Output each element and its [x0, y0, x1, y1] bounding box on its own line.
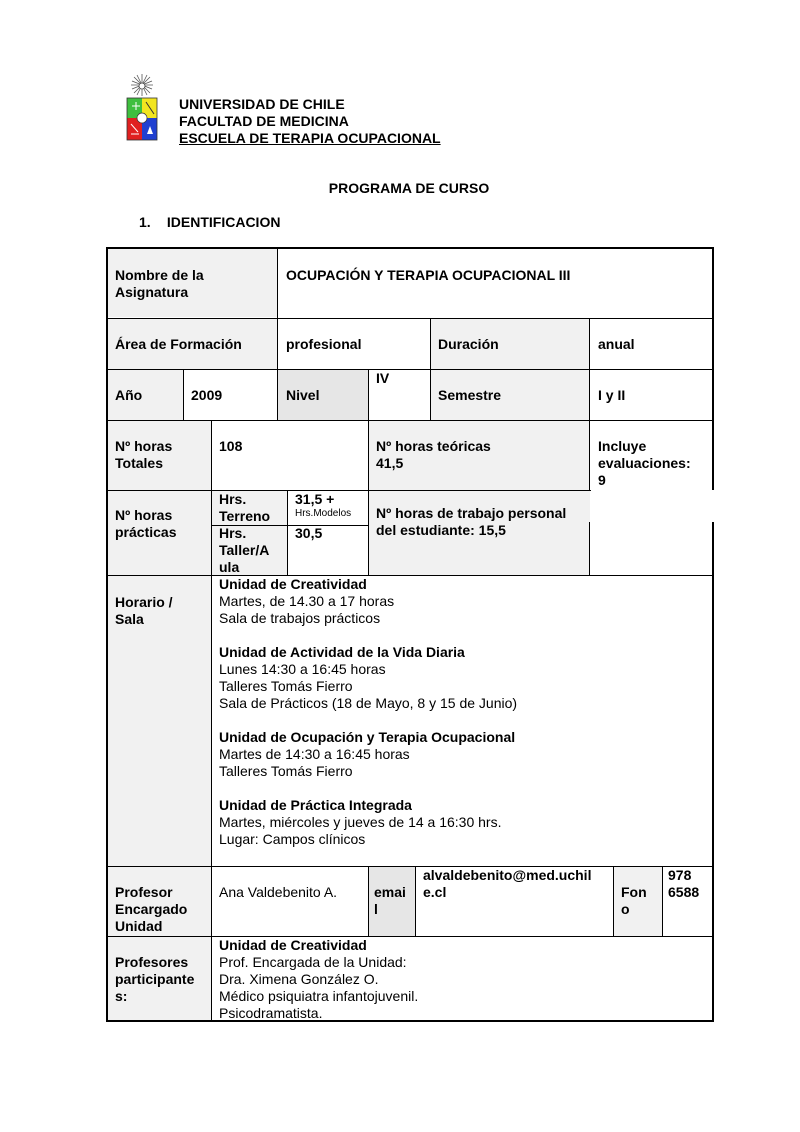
participantes-line: Psicodramatista. — [219, 1005, 704, 1021]
participantes-label: Profesores participante s: — [107, 937, 211, 1021]
participantes-line: Dra. Ximena González O. — [219, 971, 704, 988]
unit-line: Talleres Tomás Fierro — [219, 763, 704, 780]
duracion-label: Duración — [430, 319, 590, 369]
col-divider — [430, 318, 431, 369]
horas-practicas-label: Nº horas prácticas — [107, 491, 211, 575]
horario-unit-creatividad: Unidad de Creatividad Martes, de 14.30 a… — [219, 576, 704, 627]
horario-label: Horario / Sala — [107, 576, 211, 866]
row-divider — [106, 420, 714, 421]
horas-teoricas-label: Nº horas teóricas — [376, 438, 582, 455]
row-divider — [106, 318, 714, 319]
table-border — [712, 247, 714, 490]
terreno-cell: 31,5 + Hrs.Modelos — [287, 491, 368, 525]
unit-line: Lunes 14:30 a 16:45 horas — [219, 661, 704, 678]
university-name: UNIVERSIDAD DE CHILE — [179, 96, 441, 113]
col-divider — [211, 575, 212, 866]
row-divider — [106, 866, 714, 867]
fono-label: Fon o — [613, 867, 662, 936]
col-divider — [589, 522, 590, 575]
section-heading: 1. IDENTIFICACION — [139, 214, 280, 230]
incluye-value: 9 — [598, 472, 704, 489]
row-divider — [106, 936, 714, 937]
nombre-label: Nombre de la Asignatura — [107, 249, 278, 317]
unit-title: Unidad de Actividad de la Vida Diaria — [219, 644, 704, 661]
col-divider — [430, 369, 431, 420]
faculty-name: FACULTAD DE MEDICINA — [179, 113, 441, 130]
semestre-value: I y II — [590, 370, 712, 420]
trabajo-personal: Nº horas de trabajo personal del estudia… — [368, 491, 590, 575]
unit-title: Unidad de Práctica Integrada — [219, 797, 704, 814]
terreno-value: 31,5 + — [295, 491, 360, 508]
col-divider — [183, 369, 184, 420]
horario-content: Unidad de Creatividad Martes, de 14.30 a… — [211, 576, 712, 866]
profesor-value: Ana Valdebenito A. — [211, 867, 368, 936]
col-divider — [277, 318, 278, 369]
incluye-label: Incluye evaluaciones: — [598, 438, 704, 472]
nivel-value: IV — [368, 370, 430, 420]
unit-title: Unidad de Ocupación y Terapia Ocupaciona… — [219, 729, 704, 746]
col-divider — [368, 490, 369, 575]
col-divider — [287, 490, 288, 575]
fono-value: 978 6588 — [662, 867, 712, 936]
unit-line: Lugar: Campos clínicos — [219, 831, 704, 848]
row-divider — [106, 490, 591, 491]
table-border — [106, 247, 714, 249]
table-border — [106, 1020, 714, 1022]
nombre-value: OCUPACIÓN Y TERAPIA OCUPACIONAL III — [278, 249, 712, 317]
horas-totales-value: 108 — [211, 421, 368, 490]
profesor-label: Profesor Encargado Unidad — [107, 867, 211, 936]
unit-line: Sala de trabajos prácticos — [219, 610, 704, 627]
semestre-label: Semestre — [430, 370, 590, 420]
institution-header: UNIVERSIDAD DE CHILE FACULTAD DE MEDICIN… — [179, 96, 441, 147]
col-divider — [277, 369, 278, 420]
row-divider — [106, 575, 714, 576]
school-name: ESCUELA DE TERAPIA OCUPACIONAL — [179, 130, 441, 147]
taller-label: Hrs. Taller/A ula — [211, 525, 287, 575]
incluye-evaluaciones: Incluye evaluaciones: 9 — [590, 421, 712, 490]
col-divider — [589, 420, 590, 490]
terreno-note: Hrs.Modelos — [295, 508, 360, 519]
participantes-line: Prof. Encargada de la Unidad: — [219, 954, 704, 971]
email-label: emai l — [368, 867, 415, 936]
col-divider — [211, 866, 212, 936]
horario-unit-ocupacion: Unidad de Ocupación y Terapia Ocupaciona… — [219, 729, 704, 780]
col-divider — [589, 318, 590, 369]
empty-cell — [590, 491, 712, 575]
duracion-value: anual — [590, 319, 712, 369]
col-divider — [211, 420, 212, 490]
university-crest-logo — [124, 72, 160, 146]
col-divider — [368, 420, 369, 490]
unit-line: Martes, miércoles y jueves de 14 a 16:30… — [219, 814, 704, 831]
row-divider — [106, 369, 714, 370]
col-divider — [368, 866, 369, 936]
document-title: PROGRAMA DE CURSO — [0, 180, 800, 196]
horario-unit-avd: Unidad de Actividad de la Vida Diaria Lu… — [219, 644, 704, 712]
unit-line: Sala de Prácticos (18 de Mayo, 8 y 15 de… — [219, 695, 704, 712]
section-number: 1. — [139, 214, 163, 230]
col-divider — [415, 866, 416, 936]
unit-line: Martes, de 14.30 a 17 horas — [219, 593, 704, 610]
participantes-line: Médico psiquiatra infantojuvenil. — [219, 988, 704, 1005]
unit-title: Unidad de Creatividad — [219, 576, 704, 593]
col-divider — [589, 369, 590, 420]
col-divider — [211, 490, 212, 575]
col-divider — [662, 866, 663, 936]
unit-line: Martes de 14:30 a 16:45 horas — [219, 746, 704, 763]
terreno-label: Hrs. Terreno — [211, 491, 287, 525]
area-label: Área de Formación — [107, 319, 278, 369]
participantes-content: Unidad de Creatividad Prof. Encargada de… — [211, 937, 712, 1021]
nivel-label: Nivel — [278, 370, 368, 420]
col-divider — [368, 369, 369, 420]
unit-line: Talleres Tomás Fierro — [219, 678, 704, 695]
area-value: profesional — [278, 319, 430, 369]
horas-teoricas: Nº horas teóricas 41,5 — [368, 421, 590, 490]
anio-label: Año — [107, 370, 183, 420]
table-border — [712, 522, 714, 1022]
col-divider — [277, 248, 278, 318]
participantes-unit-title: Unidad de Creatividad — [219, 937, 704, 954]
col-divider — [613, 866, 614, 936]
taller-value: 30,5 — [287, 525, 368, 575]
anio-value: 2009 — [183, 370, 278, 420]
col-divider — [211, 936, 212, 1021]
table-border — [106, 247, 108, 1022]
row-divider — [211, 525, 368, 526]
horario-unit-practica: Unidad de Práctica Integrada Martes, mié… — [219, 797, 704, 848]
horas-totales-label: Nº horas Totales — [107, 421, 211, 490]
email-value[interactable]: alvaldebenito@med.uchil e.cl — [415, 867, 613, 936]
horas-teoricas-value: 41,5 — [376, 455, 582, 472]
section-title: IDENTIFICACION — [167, 214, 281, 230]
universidad-de-chile-crest-icon — [124, 72, 160, 146]
